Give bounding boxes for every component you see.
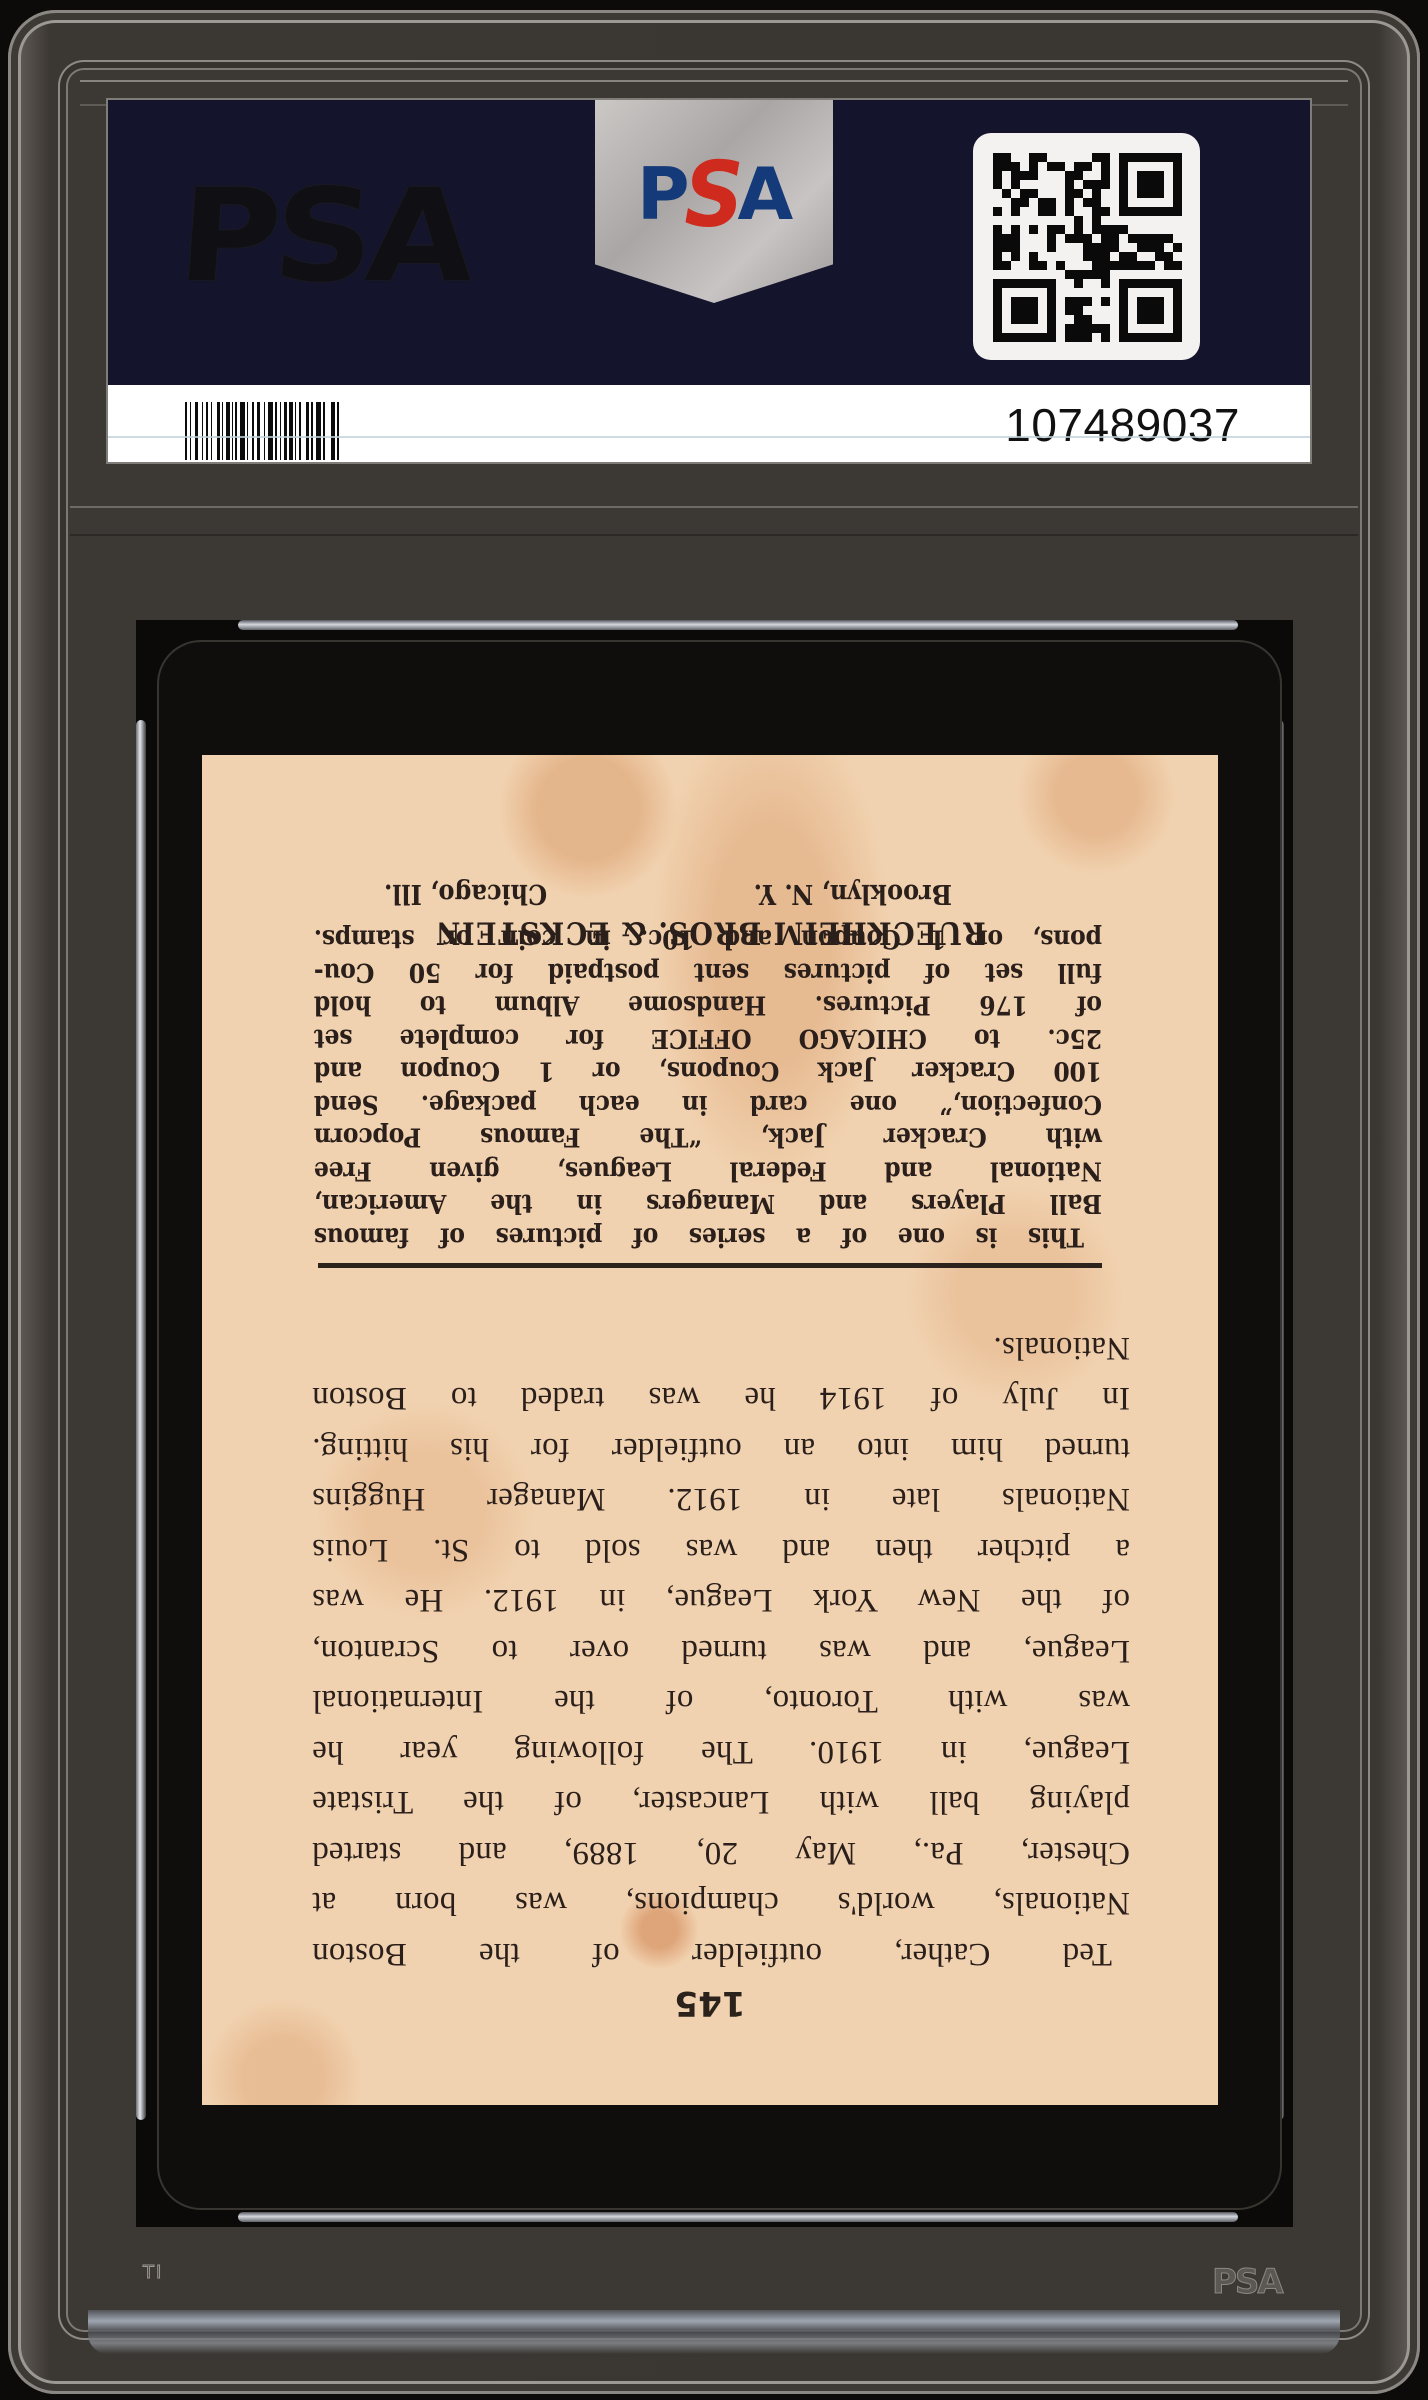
- label-header-band: PSA PSA: [108, 100, 1310, 385]
- cracker-jack-advertisement: This is one of a series of pictures of f…: [314, 923, 1102, 1253]
- text-line: Chester, Pa., May 20, 1889, and started: [312, 1828, 1130, 1879]
- text-line: Confection,” one card in each package. S…: [314, 1088, 1102, 1121]
- bottom-card-rail: [238, 2212, 1238, 2222]
- qr-code-icon[interactable]: [973, 133, 1200, 360]
- psa-shield-logo: PSA: [595, 100, 833, 303]
- logo-letter-s: S: [684, 142, 741, 247]
- text-line: Nationals late in 1912. Manager Huggins: [312, 1474, 1130, 1525]
- text-line: This is one of a series of pictures of f…: [314, 1220, 1102, 1253]
- slab-bottom-ridge: [88, 2310, 1340, 2354]
- ghost-psa-logo: PSA: [174, 162, 474, 311]
- text-line: turned him into an outfielder for his hi…: [312, 1424, 1130, 1475]
- text-line: Nationals.: [312, 1323, 1130, 1374]
- text-line: Ball Players and Managers in the America…: [314, 1187, 1102, 1220]
- left-card-rail: [136, 720, 146, 2120]
- certification-number: 107489037: [1005, 398, 1240, 452]
- text-line: National and Federal Leagues, given Free: [314, 1154, 1102, 1187]
- slab-divider-ridge: [70, 506, 1358, 536]
- text-line: Ted Cather, outfielder of the Boston: [312, 1929, 1130, 1980]
- company-cities: Brooklyn, N. Y. Chicago, Ill.: [314, 878, 1102, 910]
- logo-letter-a: A: [737, 152, 791, 236]
- grading-label: PSA PSA 107489037: [108, 100, 1310, 462]
- logo-letter-p: P: [637, 152, 688, 236]
- city-brooklyn: Brooklyn, N. Y.: [754, 878, 952, 910]
- text-line: was with Toronto, of the International: [312, 1676, 1130, 1727]
- text-line: 25c. to CHICAGO OFFICE for complete set: [314, 1022, 1102, 1055]
- card-back-content-upside-down: 145 Ted Cather, outfielder of the Boston…: [202, 755, 1218, 2105]
- top-card-rail: [238, 620, 1238, 630]
- text-line: League, and was turned over to Scranton,: [312, 1626, 1130, 1677]
- psa-logo-text: PSA: [595, 152, 833, 236]
- text-line: full set of pictures sent postpaid for 5…: [314, 956, 1102, 989]
- company-name: RUECKHEIM BROS. & ECKSTEIN: [202, 915, 1218, 951]
- text-line: with Cracker Jack, “The Famous Popcorn: [314, 1121, 1102, 1154]
- city-chicago: Chicago, Ill.: [384, 878, 547, 910]
- embossed-psa-logo: PSA: [1212, 2262, 1282, 2302]
- barcode-icon: [185, 402, 495, 460]
- text-line: playing ball with Lancaster, of the Tris…: [312, 1777, 1130, 1828]
- card-back: 145 Ted Cather, outfielder of the Boston…: [202, 755, 1218, 2105]
- label-gloss-line: [108, 436, 1310, 438]
- text-line: a pitcher then and was sold to St. Louis: [312, 1525, 1130, 1576]
- player-biography: Ted Cather, outfielder of the BostonNati…: [312, 1323, 1130, 1980]
- text-line: Nationals, world's champions, was born a…: [312, 1878, 1130, 1929]
- section-divider-rule: [318, 1263, 1102, 1268]
- mold-mark: TI: [143, 2262, 163, 2283]
- text-line: 100 Cracker Jack Coupons, or 1 Coupon an…: [314, 1055, 1102, 1088]
- card-number: 145: [202, 1983, 1218, 2023]
- text-line: of the New York League, in 1912. He was: [312, 1575, 1130, 1626]
- text-line: League, in 1910. The following year he: [312, 1727, 1130, 1778]
- qr-code-matrix: [993, 153, 1182, 342]
- text-line: In July of 1914 he was traded to Boston: [312, 1373, 1130, 1424]
- text-line: of 176 Pictures. Handsome Album to hold: [314, 989, 1102, 1022]
